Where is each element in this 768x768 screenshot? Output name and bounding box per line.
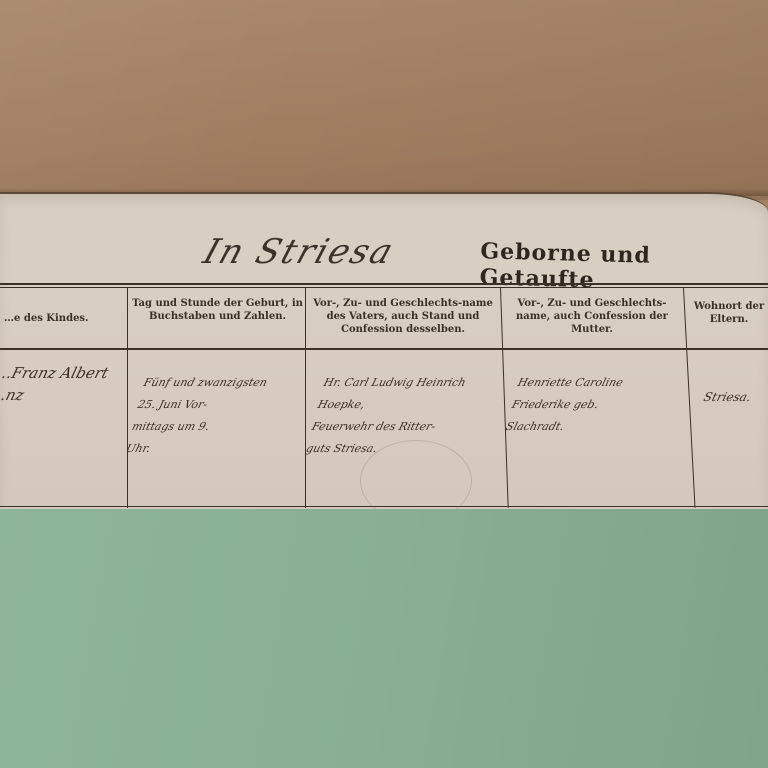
column-header-father: Vor-, Zu- und Geschlechts-name des Vater…: [308, 297, 498, 336]
header-bottom-rule: [0, 348, 768, 350]
entry-mother: Henriette Caroline Friederike geb. Slach…: [503, 372, 691, 438]
entry-birth-date: Fünf und zwanzigsten 25. Juni Vor- mitta…: [123, 372, 317, 460]
wooden-table-background: [0, 0, 768, 200]
column-header-birth-date: Tag und Stunde der Geburt, in Buchstaben…: [130, 297, 305, 323]
title-underline-thin: [0, 287, 768, 288]
entry-child-name: …Franz Albert …nz: [0, 362, 130, 406]
column-header-mother: Vor-, Zu- und Geschlechts-name, auch Con…: [503, 297, 681, 336]
column-header-residence: Wohnort der Eltern.: [690, 300, 768, 326]
green-cover-sheet: [0, 509, 768, 768]
title-underline: [0, 283, 768, 285]
column-header-child-name: …e des Kindes.: [0, 312, 129, 325]
register-title-row: In Striesa Geborne und Getaufte: [0, 214, 768, 284]
handwritten-place-name: In Striesa: [199, 232, 400, 272]
printed-register-title: Geborne und Getaufte: [479, 238, 768, 298]
entry-residence: Striesa.: [701, 386, 768, 408]
